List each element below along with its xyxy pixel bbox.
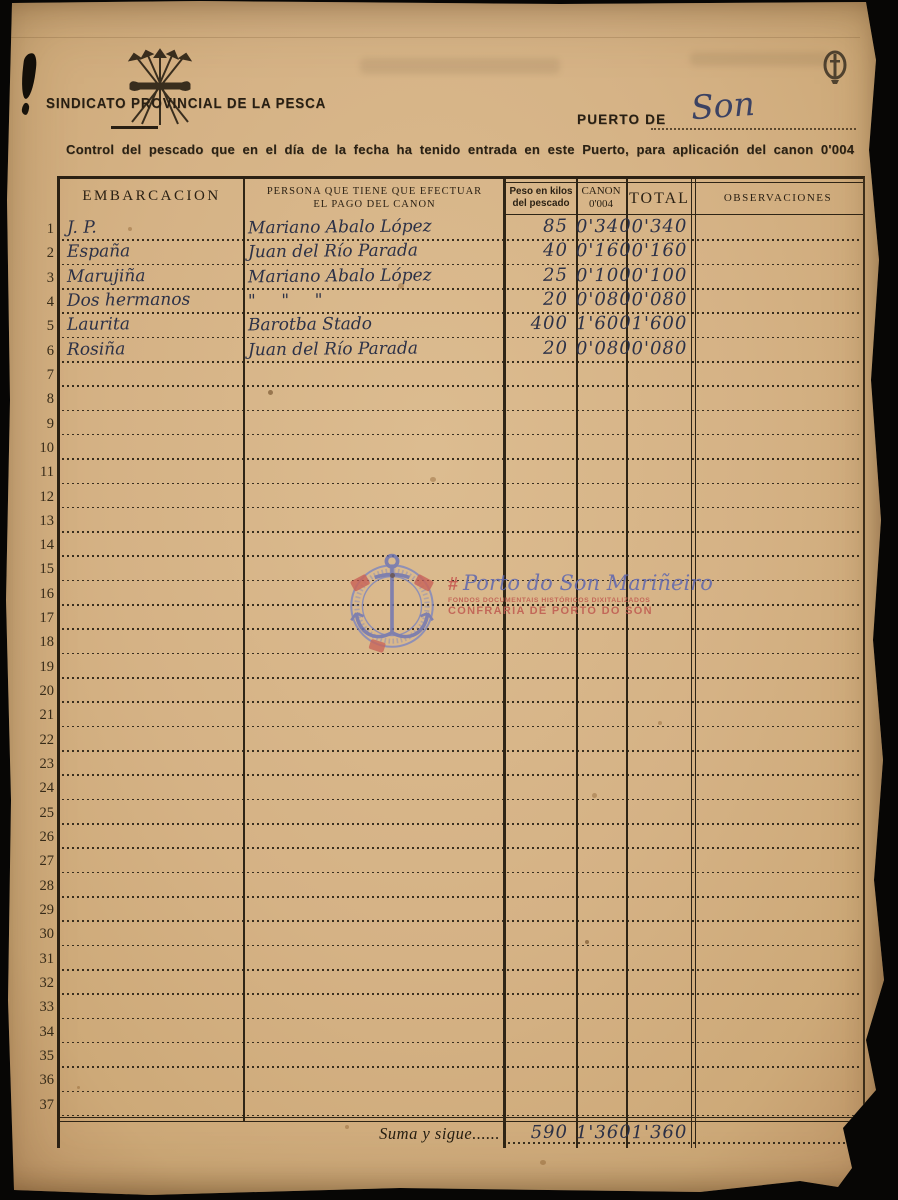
watermark-hashtag: # (448, 574, 458, 595)
column-rule-observaciones-b (695, 179, 696, 1148)
row-number: 9 (30, 412, 54, 434)
row-rule (62, 531, 861, 533)
row-rule (62, 774, 861, 776)
row-rule (62, 847, 861, 849)
row-rule (62, 799, 861, 801)
age-stain (77, 1086, 80, 1089)
column-header-peso-line2: del pescado (508, 197, 574, 209)
age-stain (540, 1160, 546, 1165)
row-number: 15 (30, 557, 54, 579)
row-number: 19 (30, 655, 54, 677)
row-number: 29 (30, 898, 54, 920)
cell-persona: Juan del Río Parada (248, 334, 500, 363)
watermark-org-text: CONFRARIA DE PORTO DO SON (448, 605, 713, 617)
column-header-persona-line1: PERSONA QUE TIENE QUE EFECTUAR (246, 185, 503, 198)
row-number: 13 (30, 509, 54, 531)
bleed-through-smudge (360, 58, 560, 74)
cell-peso: 85 (506, 214, 568, 241)
column-header-canon-line2: 0'004 (576, 198, 626, 211)
watermark-text-block: # Porto do Son Mariñeiro FONDOS DOCUMENT… (448, 571, 713, 617)
cell-total: 1'600 (626, 311, 693, 338)
watermark-small-text: FONDOS DOCUMENTAIS HISTÓRICOS DIXITALIZA… (448, 597, 713, 604)
bleed-through-smudge (690, 52, 830, 66)
row-rule (62, 507, 861, 509)
age-stain (268, 390, 273, 395)
age-stain (398, 283, 404, 289)
cell-canon: 1'600 (576, 311, 626, 338)
row-number: 12 (30, 485, 54, 507)
row-number: 17 (30, 606, 54, 628)
footer-double-rule-a (60, 1117, 863, 1118)
cell-peso: 20 (506, 287, 568, 314)
row-rule (62, 726, 861, 728)
row-rule (62, 483, 861, 485)
row-number: 36 (30, 1068, 54, 1090)
row-rule (62, 896, 861, 898)
column-header-canon-line1: CANON (576, 185, 626, 198)
row-number: 5 (30, 314, 54, 336)
row-number: 6 (30, 339, 54, 361)
cell-canon: 0'080 (576, 287, 626, 314)
age-stain (658, 721, 662, 725)
cell-embarcacion: Rosiña (67, 335, 241, 363)
anchor-stamp-icon (341, 549, 443, 659)
row-number: 30 (30, 922, 54, 944)
row-rule (62, 945, 861, 947)
cell-total: 0'080 (626, 335, 693, 362)
column-rule-embarcacion (243, 179, 245, 1121)
cell-embarcacion: Laurita (67, 310, 241, 338)
row-number: 26 (30, 825, 54, 847)
title-underline (111, 126, 158, 129)
row-rule (62, 410, 861, 412)
row-number: 34 (30, 1020, 54, 1042)
form-subtitle: Control del pescado que en el día de la … (66, 142, 864, 157)
suma-peso-value: 590 (506, 1120, 568, 1147)
row-number: 4 (30, 290, 54, 312)
row-number: 14 (30, 533, 54, 555)
row-rule (62, 1091, 861, 1093)
cell-total: 0'340 (626, 214, 693, 241)
row-number: 28 (30, 874, 54, 896)
row-rule (62, 872, 861, 874)
row-rule (62, 385, 861, 387)
suma-total-value: 1'360 (626, 1120, 693, 1147)
row-number: 25 (30, 801, 54, 823)
header-top-rule (503, 182, 863, 183)
row-rule (62, 1066, 861, 1068)
row-number: 27 (30, 849, 54, 871)
row-number: 18 (30, 630, 54, 652)
row-rule (62, 701, 861, 703)
row-number: 20 (30, 679, 54, 701)
row-rule (62, 823, 861, 825)
yoke-and-arrows-emblem-icon (116, 48, 204, 126)
row-number: 22 (30, 728, 54, 750)
suma-canon-value: 1'360 (576, 1120, 626, 1147)
age-stain (128, 227, 132, 231)
row-rule (62, 993, 861, 995)
column-header-total: TOTAL (626, 190, 693, 208)
row-number: 3 (30, 266, 54, 288)
row-rule (62, 555, 861, 557)
age-stain (592, 793, 597, 798)
row-number: 33 (30, 995, 54, 1017)
column-header-canon: CANON 0'004 (576, 185, 626, 211)
cell-total: 0'080 (626, 287, 693, 314)
cell-peso: 20 (506, 335, 568, 362)
row-number: 8 (30, 387, 54, 409)
paper-crease (10, 37, 860, 38)
column-header-persona: PERSONA QUE TIENE QUE EFECTUAR EL PAGO D… (246, 185, 503, 211)
row-rule (62, 434, 861, 436)
org-title: SINDICATO PROVINCIAL DE LA PESCA (46, 96, 326, 112)
cell-canon: 0'100 (576, 262, 626, 289)
cell-canon: 0'160 (576, 238, 626, 265)
row-number: 32 (30, 971, 54, 993)
row-number: 21 (30, 703, 54, 725)
column-header-embarcacion: EMBARCACION (60, 188, 243, 205)
watermark-script-text: Porto do Son Mariñeiro (463, 571, 713, 595)
row-number: 24 (30, 776, 54, 798)
ink-blot (19, 52, 38, 99)
cell-total: 0'100 (626, 262, 693, 289)
row-number: 11 (30, 460, 54, 482)
row-number: 7 (30, 363, 54, 385)
row-rule (62, 458, 861, 460)
control-table: EMBARCACION PERSONA QUE TIENE QUE EFECTU… (57, 176, 865, 1148)
row-number: 23 (30, 752, 54, 774)
row-rule (62, 677, 861, 679)
column-header-observaciones: OBSERVACIONES (693, 192, 863, 204)
row-rule (62, 1042, 861, 1044)
cell-embarcacion: España (67, 237, 241, 265)
age-stain (390, 573, 395, 578)
cell-canon: 0'080 (576, 335, 626, 362)
column-header-peso-line1: Peso en kilos (508, 185, 574, 197)
scanned-form-page: SINDICATO PROVINCIAL DE LA PESCA PUERTO … (0, 0, 898, 1200)
footer-double-rule-b (60, 1121, 863, 1122)
suma-y-sigue-label: Suma y sigue...... (300, 1124, 500, 1144)
age-stain (430, 477, 436, 482)
row-rule (62, 653, 861, 655)
age-stain (585, 940, 589, 944)
cell-peso: 40 (506, 238, 568, 265)
row-rule (62, 750, 861, 752)
row-rule (62, 920, 861, 922)
row-number: 35 (30, 1044, 54, 1066)
row-rule (62, 969, 861, 971)
row-number: 31 (30, 947, 54, 969)
oval-seal-icon (822, 50, 848, 86)
row-rule (62, 628, 861, 630)
column-header-peso: Peso en kilos del pescado (508, 185, 574, 209)
row-number: 2 (30, 241, 54, 263)
row-number: 16 (30, 582, 54, 604)
row-number: 1 (30, 217, 54, 239)
cell-peso: 25 (506, 262, 568, 289)
age-stain (345, 1125, 349, 1129)
cell-peso: 400 (506, 311, 568, 338)
row-number: 10 (30, 436, 54, 458)
cell-total: 0'160 (626, 238, 693, 265)
row-number: 37 (30, 1093, 54, 1115)
puerto-handwritten-value: Son (690, 84, 756, 127)
cell-canon: 0'340 (576, 214, 626, 241)
row-rule (62, 1018, 861, 1020)
column-header-persona-line2: EL PAGO DEL CANON (246, 198, 503, 211)
